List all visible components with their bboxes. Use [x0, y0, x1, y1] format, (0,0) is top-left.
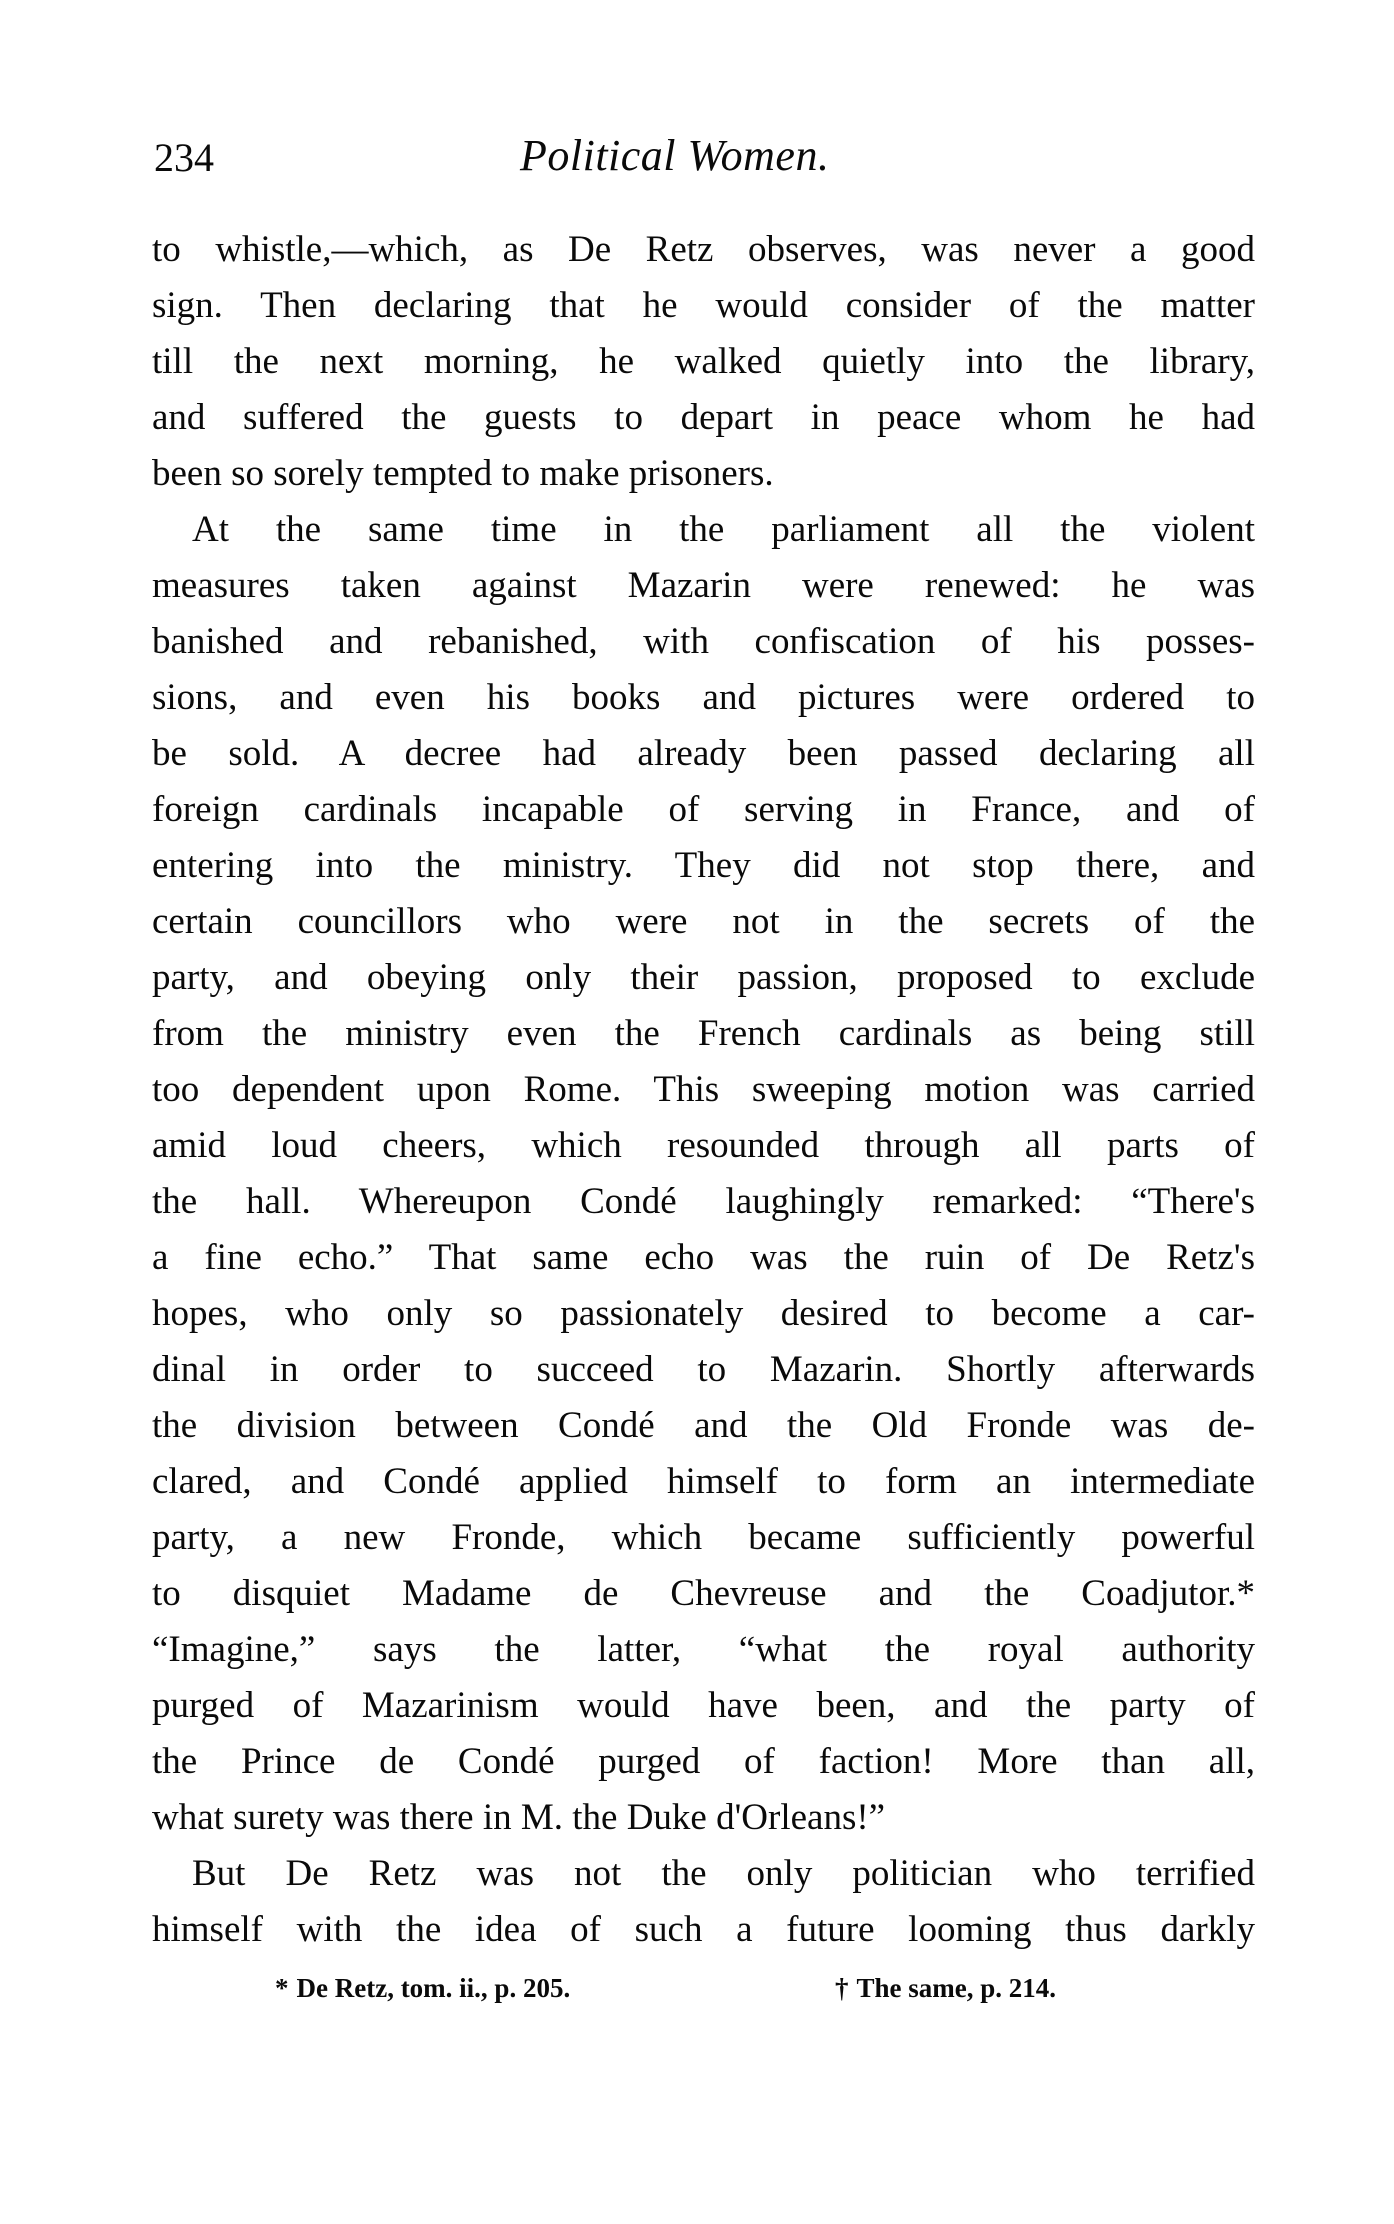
text-line: sign. Then declaring that he would consi…	[152, 278, 1255, 334]
text-line: clared, and Condé applied himself to for…	[152, 1454, 1255, 1510]
text-line: amid loud cheers, which resounded throug…	[152, 1118, 1255, 1174]
text-line: to whistle,—which, as De Retz observes, …	[152, 222, 1255, 278]
text-line: be sold. A decree had already been passe…	[152, 726, 1255, 782]
text-line: party, a new Fronde, which became suffic…	[152, 1510, 1255, 1566]
dagger-footnote-mark: †	[835, 1973, 849, 2003]
text-line: a fine echo.” That same echo was the rui…	[152, 1230, 1255, 1286]
text-line: dinal in order to succeed to Mazarin. Sh…	[152, 1342, 1255, 1398]
text-line: hopes, who only so passionately desired …	[152, 1286, 1255, 1342]
text-line: sions, and even his books and pictures w…	[152, 670, 1255, 726]
text-line: the division between Condé and the Old F…	[152, 1398, 1255, 1454]
book-page: 234 Political Women. to whistle,—which, …	[0, 0, 1394, 2224]
text-line: foreign cardinals incapable of serving i…	[152, 782, 1255, 838]
text-line: “Imagine,” says the latter, “what the ro…	[152, 1622, 1255, 1678]
text-line: from the ministry even the French cardin…	[152, 1006, 1255, 1062]
text-line: party, and obeying only their passion, p…	[152, 950, 1255, 1006]
text-line: till the next morning, he walked quietly…	[152, 334, 1255, 390]
running-head: 234 Political Women.	[152, 128, 1255, 188]
asterisk-footnote-mark: *	[275, 1973, 289, 2003]
body-text: to whistle,—which, as De Retz observes, …	[152, 222, 1255, 1958]
text-line: At the same time in the parliament all t…	[152, 502, 1255, 558]
footnote-1-text: De Retz, tom. ii., p. 205.	[297, 1973, 571, 2003]
text-line: But De Retz was not the only politician …	[152, 1846, 1255, 1902]
running-title: Political Women.	[520, 126, 829, 186]
text-line: the hall. Whereupon Condé laughingly rem…	[152, 1174, 1255, 1230]
text-line: measures taken against Mazarin were rene…	[152, 558, 1255, 614]
text-line: the Prince de Condé purged of faction! M…	[152, 1734, 1255, 1790]
text-line: certain councillors who were not in the …	[152, 894, 1255, 950]
text-line: too dependent upon Rome. This sweeping m…	[152, 1062, 1255, 1118]
text-line: banished and rebanished, with confiscati…	[152, 614, 1255, 670]
page-number: 234	[154, 128, 214, 188]
text-line: entering into the ministry. They did not…	[152, 838, 1255, 894]
text-line: what surety was there in M. the Duke d'O…	[152, 1790, 1255, 1846]
text-line: to disquiet Madame de Chevreuse and the …	[152, 1566, 1255, 1622]
text-line: and suffered the guests to depart in pea…	[152, 390, 1255, 446]
footnote-2: †The same, p. 214.	[835, 1968, 1056, 2008]
text-line: himself with the idea of such a future l…	[152, 1902, 1255, 1958]
text-line: purged of Mazarinism would have been, an…	[152, 1678, 1255, 1734]
text-line: been so sorely tempted to make prisoners…	[152, 446, 1255, 502]
footnote-1: *De Retz, tom. ii., p. 205.	[275, 1968, 570, 2008]
footnotes: *De Retz, tom. ii., p. 205. †The same, p…	[152, 1968, 1255, 2018]
footnote-2-text: The same, p. 214.	[857, 1973, 1057, 2003]
